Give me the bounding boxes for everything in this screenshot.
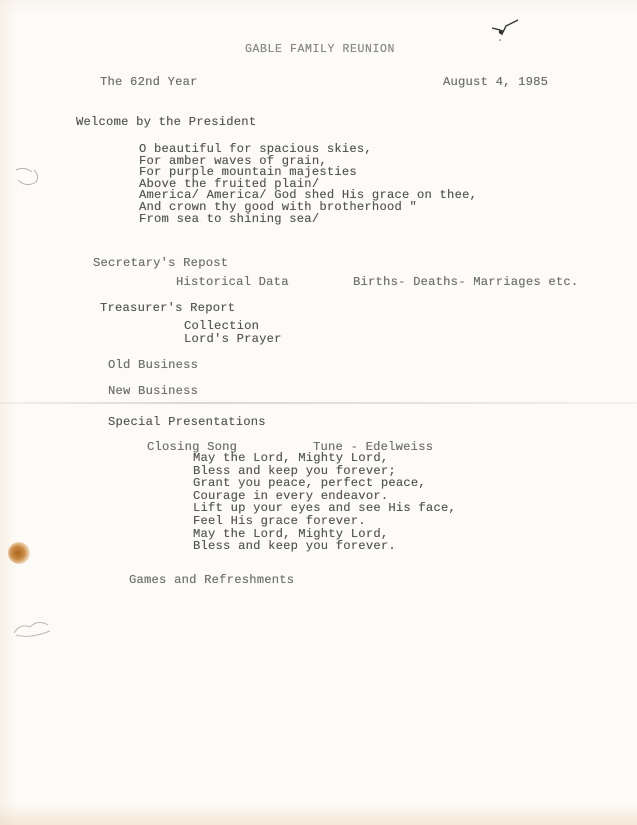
rust-stain [8, 542, 30, 564]
pencil-doodle-icon [10, 160, 46, 194]
typewritten-page: GABLE FAMILY REUNION The 62nd Year Augus… [0, 0, 637, 825]
agenda-secretary-report: Secretary's Repost [93, 257, 228, 269]
pen-check-mark-icon [490, 18, 520, 44]
secretary-item-historical: Historical Data [176, 276, 289, 288]
document-title: GABLE FAMILY REUNION [245, 44, 395, 56]
verse-line: From sea to shining sea/ [139, 214, 319, 226]
agenda-new-business: New Business [108, 385, 198, 397]
agenda-games-refreshments: Games and Refreshments [129, 574, 294, 586]
lyric-line: May the Lord, Mighty Lord, [193, 453, 388, 465]
document-date: August 4, 1985 [443, 76, 548, 88]
treasurer-item: Lord's Prayer [184, 333, 282, 345]
agenda-treasurer-report: Treasurer's Report [100, 302, 235, 314]
agenda-special-presentations: Special Presentations [108, 416, 266, 428]
anniversary-year: The 62nd Year [100, 76, 198, 88]
agenda-welcome: Welcome by the President [76, 116, 256, 128]
pencil-doodle-icon [10, 615, 54, 641]
paper-fold-line [0, 402, 637, 404]
agenda-old-business: Old Business [108, 359, 198, 371]
lyric-line: Feel His grace forever. [193, 516, 366, 528]
lyric-line: Bless and keep you forever. [193, 541, 396, 553]
secretary-item-vitals: Births- Deaths- Marriages etc. [353, 276, 578, 288]
treasurer-item: Collection [184, 320, 259, 332]
